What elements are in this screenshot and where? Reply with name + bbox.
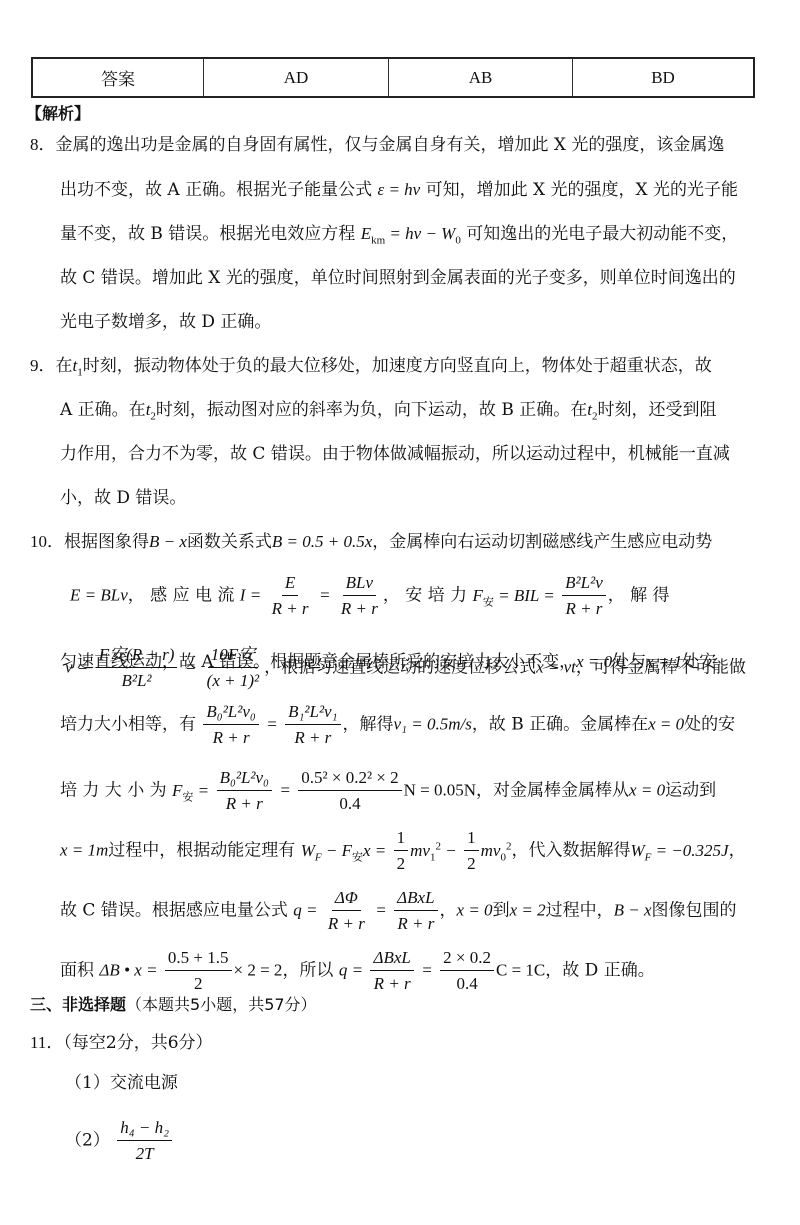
q8-line-5: 光电子数增多，故 D 正确。 xyxy=(60,312,271,332)
fraction: h₄ − h₂2T xyxy=(117,1118,172,1164)
fraction: B₀²L²v₀R + r xyxy=(217,768,272,814)
fraction: ΔΦR + r xyxy=(325,888,368,934)
fraction: ΔBxLR + r xyxy=(394,888,437,934)
answer-q9: AB xyxy=(388,59,572,96)
q8-number: 8． xyxy=(30,135,56,154)
q8-line-3: 量不变，故 B 错误。根据光电效应方程 Ekm = hν − W0 可知逸出的光… xyxy=(60,224,738,244)
q10-line-4: 匀速直线运动，故 A 错误。根据题意金属棒所受的安培力大小不变，x = 0处与x… xyxy=(60,652,716,672)
q8-line-1: 8．金属的逸出功是金属的自身固有属性，仅与金属自身有关，增加此 X 光的强度，该… xyxy=(30,135,724,155)
q9-number: 9． xyxy=(30,356,56,375)
answer-table-header: 答案 xyxy=(33,59,203,96)
answer-q10: BD xyxy=(572,59,753,96)
fraction: B²L²vR + r xyxy=(562,573,606,619)
q10-line-2: E = BLv， 感 应 电 流 I = ER + r = BLvR + r， … xyxy=(70,573,670,619)
q10-number: 10． xyxy=(30,532,64,551)
fraction: 0.5² × 0.2² × 20.4 xyxy=(298,768,401,814)
fraction: ΔBxLR + r xyxy=(370,948,413,994)
fraction: ER + r xyxy=(269,573,312,619)
q10-line-7: x = 1m过程中，根据动能定理有 WF − F安x = 12mv12 − 12… xyxy=(60,828,746,874)
formula-photoelectric: Ekm = hν − W0 xyxy=(361,224,461,243)
q11-number: 11． xyxy=(30,1033,63,1052)
q10-line-1: 10．根据图象得B − x函数关系式B = 0.5 + 0.5x，金属棒向右运动… xyxy=(30,532,712,552)
fraction: 0.5 + 1.52 xyxy=(165,948,232,994)
answer-table: 答案 AD AB BD xyxy=(31,57,755,98)
answer-page: 答案 AD AB BD 【解析】 8．金属的逸出功是金属的自身固有属性，仅与金属… xyxy=(0,0,800,1225)
q11-answer-2: （2） h₄ − h₂2T xyxy=(65,1118,174,1164)
q9-line-1: 9．在t1时刻，振动物体处于负的最大位移处，加速度方向竖直向上，物体处于超重状态… xyxy=(30,356,712,376)
formula-photon-energy: ε = hν xyxy=(378,180,421,199)
fraction: B₀²L²v₀R + r xyxy=(203,702,258,748)
q11-answer-1: （1）交流电源 xyxy=(65,1073,178,1093)
answer-q8: AD xyxy=(203,59,388,96)
fraction: 12 xyxy=(464,828,479,874)
fraction: 12 xyxy=(394,828,409,874)
q8-line-2: 出功不变，故 A 正确。根据光子能量公式 ε = hν 可知，增加此 X 光的强… xyxy=(60,180,738,200)
analysis-heading: 【解析】 xyxy=(26,101,90,124)
q8-line-4: 故 C 错误。增加此 X 光的强度，单位时间照射到金属表面的光子变多，则单位时间… xyxy=(60,268,736,288)
fraction: B₁²L²v₁R + r xyxy=(285,702,340,748)
q9-line-3: 力作用，合力不为零，故 C 错误。由于物体做减幅振动，所以运动过程中，机械能一直… xyxy=(60,444,730,464)
q11-line-1: 11．（每空2分，共6分） xyxy=(30,1033,213,1053)
q10-line-9: 面积 ΔB • x = 0.5 + 1.52× 2 = 2，所以 q = ΔBx… xyxy=(60,948,655,994)
q10-line-8: 故 C 错误。根据感应电量公式 q = ΔΦR + r = ΔBxLR + r，… xyxy=(60,888,737,934)
fraction: BLvR + r xyxy=(338,573,381,619)
section-3-title: 三、非选择题（本题共5小题，共57分） xyxy=(30,992,317,1015)
fraction: 2 × 0.20.4 xyxy=(440,948,494,994)
q9-line-2: A 正确。在t2时刻，振动图对应的斜率为负，向下运动，故 B 正确。在t2时刻，… xyxy=(60,400,716,420)
q9-line-4: 小，故 D 错误。 xyxy=(60,488,186,508)
q10-line-5: 培力大小相等，有 B₀²L²v₀R + r = B₁²L²v₁R + r，解得v… xyxy=(60,702,735,748)
q10-line-6: 培 力 大 小 为 F安 = B₀²L²v₀R + r = 0.5² × 0.2… xyxy=(60,768,716,814)
